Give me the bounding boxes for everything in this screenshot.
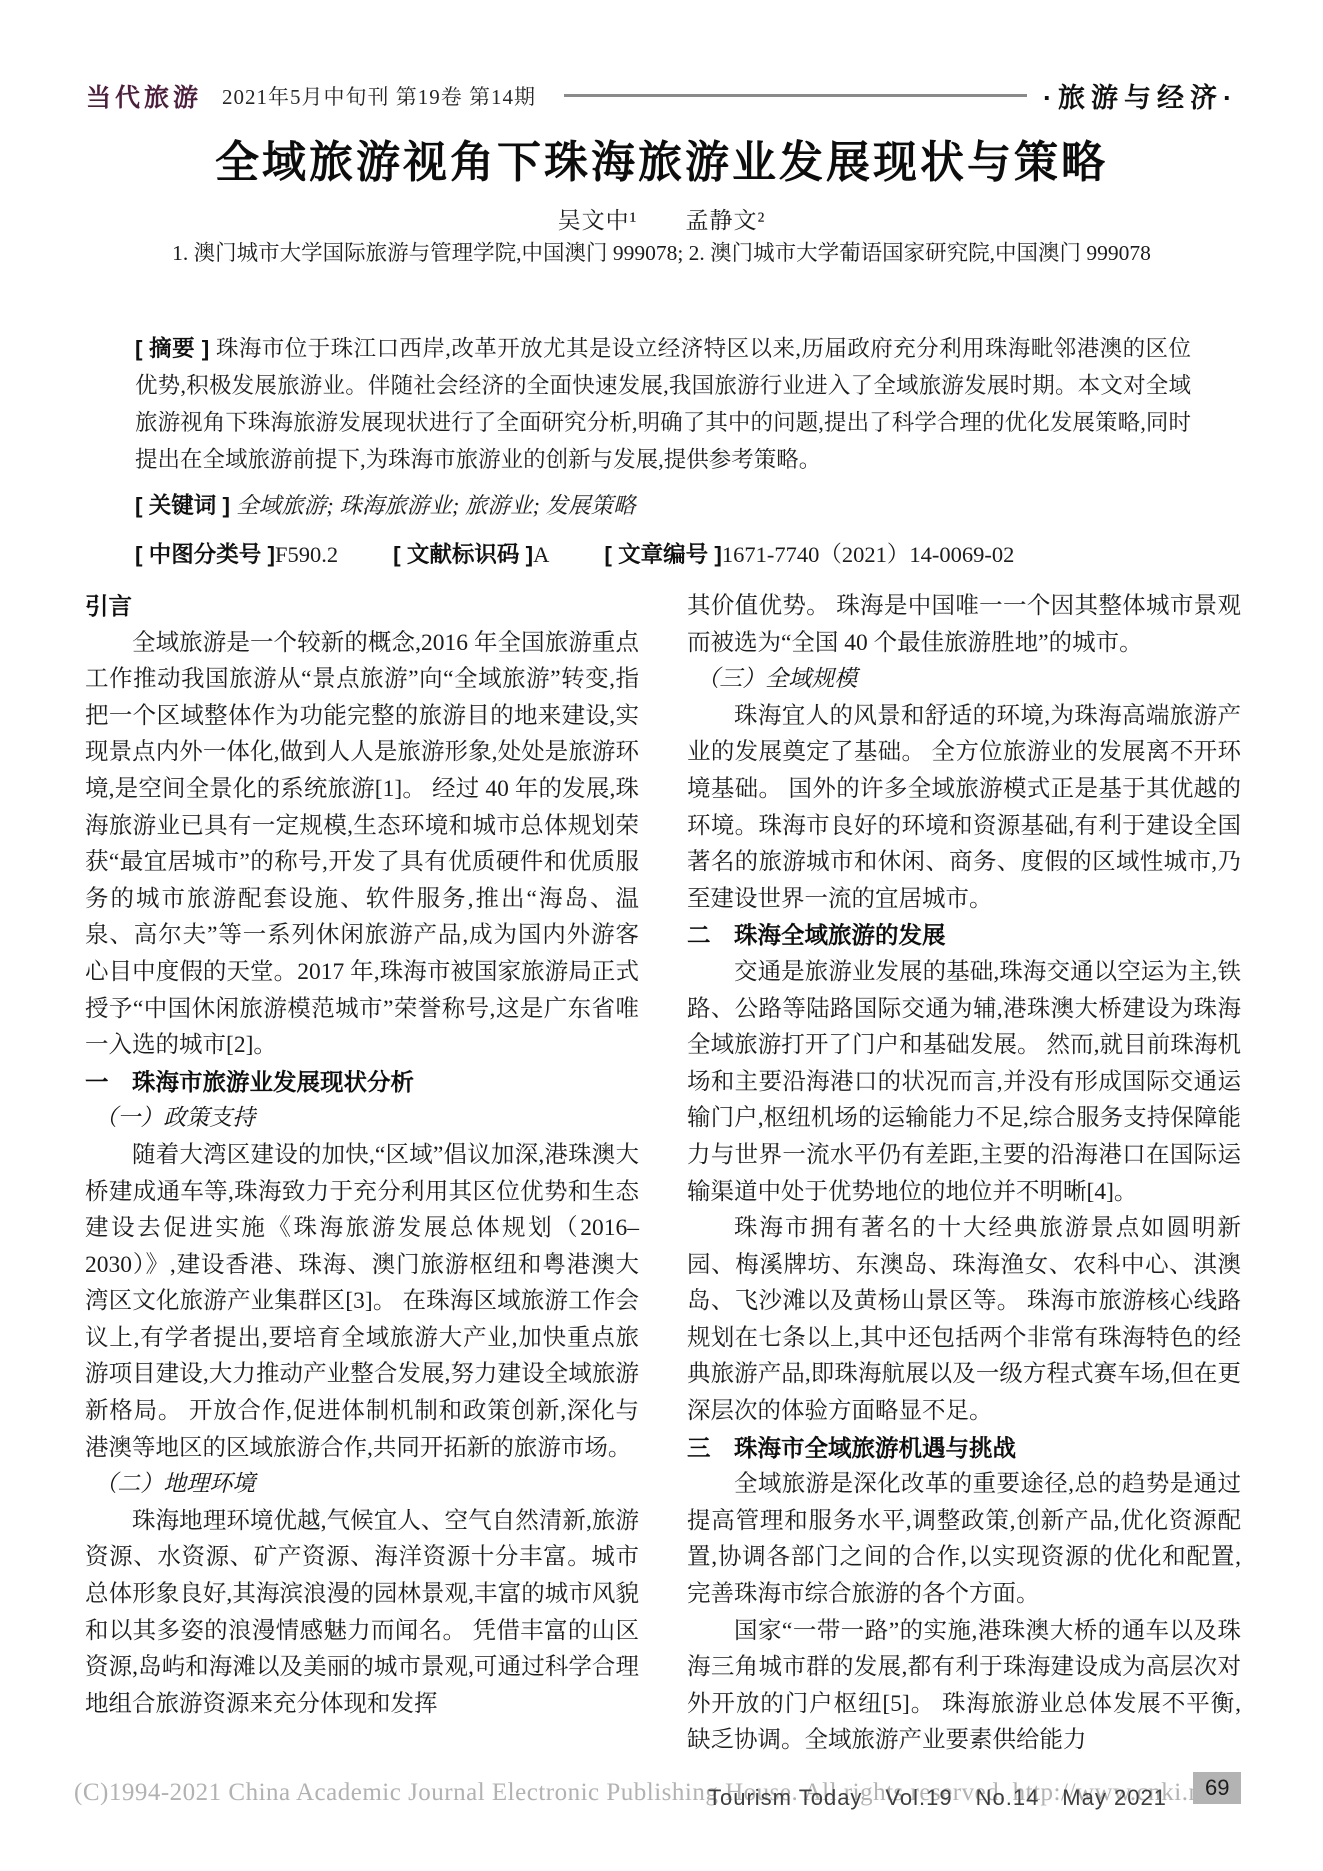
page-header: 当代旅游 2021年5月中旬刊 第19卷 第14期 ·旅游与经济· — [86, 76, 1238, 115]
keywords-label: [ 关键词 ] — [135, 493, 236, 518]
journal-name: 当代旅游 — [86, 78, 202, 114]
abstract-text: 珠海市位于珠江口西岸,改革开放尤其是设立经济特区以来,历届政府充分利用珠海毗邻港… — [135, 336, 1191, 472]
paragraph: 珠海市拥有著名的十大经典旅游景点如圆明新园、梅溪牌坊、东澳岛、珠海渔女、农科中心… — [687, 1210, 1241, 1430]
paragraph: 全域旅游是深化改革的重要途径,总的趋势是通过提高管理和服务水平,调整政策,创新产… — [687, 1466, 1241, 1612]
subsection-1-2-heading: （二）地理环境 — [85, 1466, 639, 1503]
subsection-1-1-heading: （一）政策支持 — [85, 1100, 639, 1137]
doc-code-label: [ 文献标识码 ] — [393, 542, 533, 567]
clc-group: [ 中图分类号 ]F590.2 — [135, 536, 338, 573]
section-1-heading: 一 珠海市旅游业发展现状分析 — [85, 1064, 639, 1101]
clc-value: F590.2 — [275, 542, 338, 567]
doc-code-value: A — [533, 542, 549, 567]
header-divider-line — [564, 94, 1027, 97]
section-3-heading: 三 珠海市全域旅游机遇与挑战 — [687, 1430, 1241, 1467]
journal-footer-line: Tourism Today Vol.19 No.14 May 2021 — [708, 1781, 1167, 1812]
paragraph: 珠海宜人的风景和舒适的环境,为珠海高端旅游产业的发展奠定了基础。 全方位旅游业的… — [687, 698, 1241, 918]
page-title: 全域旅游视角下珠海旅游业发展现状与策略 — [0, 126, 1323, 190]
section-2-heading: 二 珠海全域旅游的发展 — [687, 917, 1241, 954]
left-column: 引言 全域旅游是一个较新的概念,2016 年全国旅游重点工作推动我国旅游从“景点… — [85, 588, 639, 1759]
right-column: 其价值优势。 珠海是中国唯一一个因其整体城市景观而被选为“全国 40 个最佳旅游… — [687, 588, 1241, 1759]
meta-line: [ 中图分类号 ]F590.2 [ 文献标识码 ]A [ 文章编号 ]1671-… — [135, 536, 1191, 573]
article-no-label: [ 文章编号 ] — [604, 542, 722, 567]
keywords: [ 关键词 ] 全域旅游; 珠海旅游业; 旅游业; 发展策略 — [135, 487, 1191, 524]
issue-info: 2021年5月中旬刊 第19卷 第14期 — [222, 81, 536, 111]
paragraph: 全域旅游是一个较新的概念,2016 年全国旅游重点工作推动我国旅游从“景点旅游”… — [85, 625, 639, 1064]
abstract: [ 摘要 ] 珠海市位于珠江口西岸,改革开放尤其是设立经济特区以来,历届政府充分… — [135, 330, 1191, 478]
doc-code-group: [ 文献标识码 ]A — [393, 536, 549, 573]
affiliation: 1. 澳门城市大学国际旅游与管理学院,中国澳门 999078; 2. 澳门城市大… — [0, 236, 1323, 267]
paragraph: 国家“一带一路”的实施,港珠澳大桥的通车以及珠海三角城市群的发展,都有利于珠海建… — [687, 1613, 1241, 1759]
paragraph: 其价值优势。 珠海是中国唯一一个因其整体城市景观而被选为“全国 40 个最佳旅游… — [687, 588, 1241, 661]
paragraph: 交通是旅游业发展的基础,珠海交通以空运为主,铁路、公路等陆路国际交通为辅,港珠澳… — [687, 954, 1241, 1210]
column-label: ·旅游与经济· — [1043, 76, 1238, 115]
article-no-group: [ 文章编号 ]1671-7740（2021）14-0069-02 — [604, 536, 1014, 573]
subsection-1-3-heading: （三）全域规模 — [687, 661, 1241, 698]
front-matter: [ 摘要 ] 珠海市位于珠江口西岸,改革开放尤其是设立经济特区以来,历届政府充分… — [135, 330, 1191, 573]
article-no-value: 1671-7740（2021）14-0069-02 — [722, 542, 1014, 567]
authors: 吴文中¹ 孟静文² — [0, 202, 1323, 235]
abstract-label: [ 摘要 ] — [135, 336, 216, 361]
body-columns: 引言 全域旅游是一个较新的概念,2016 年全国旅游重点工作推动我国旅游从“景点… — [85, 588, 1241, 1759]
page-number-badge: 69 — [1193, 1772, 1241, 1804]
clc-label: [ 中图分类号 ] — [135, 542, 275, 567]
paragraph: 珠海地理环境优越,气候宜人、空气自然清新,旅游资源、水资源、矿产资源、海洋资源十… — [85, 1503, 639, 1723]
keywords-text: 全域旅游; 珠海旅游业; 旅游业; 发展策略 — [236, 493, 635, 518]
paragraph: 随着大湾区建设的加快,“区域”倡议加深,港珠澳大桥建成通车等,珠海致力于充分利用… — [85, 1137, 639, 1466]
intro-heading: 引言 — [85, 588, 639, 625]
